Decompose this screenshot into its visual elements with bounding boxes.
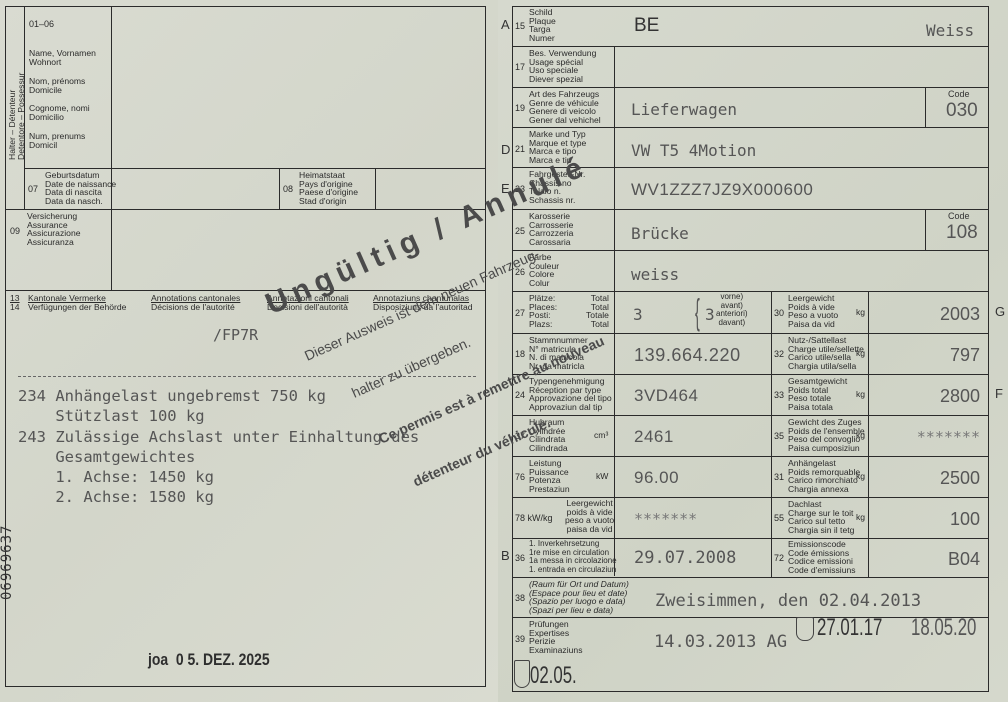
- empty-weight-label: Leergewicht Poids à vide Peso a vuoto Pa…: [788, 294, 838, 329]
- body-code-label: Code: [948, 211, 970, 221]
- field-17-number: 17: [515, 62, 525, 72]
- special-use-label: Bes. Verwendung Usage spécial Uso specia…: [529, 49, 596, 84]
- name-label-fr: Nom, prénoms Domicile: [29, 77, 85, 94]
- insurance-label: Versicherung Assurance Assicurazione Ass…: [27, 212, 81, 247]
- annotation-header-fr: Annotations cantonales Décisions de l'au…: [151, 294, 240, 311]
- payload-label: Nutz-/Sattellast Charge utile/sellette C…: [788, 336, 864, 371]
- field-78-number: 78 kW/kg: [515, 513, 553, 523]
- displacement-value: 2461: [634, 427, 674, 447]
- field-55-number: 55: [774, 513, 784, 523]
- field-14-number: 14: [10, 303, 20, 312]
- field-72-number: 72: [774, 553, 784, 563]
- divider: [512, 691, 989, 692]
- field-33-number: 33: [774, 390, 784, 400]
- body-value: Brücke: [631, 224, 689, 243]
- divider: [279, 168, 280, 209]
- serial-number: 06969637: [0, 525, 15, 600]
- payload-value: 797: [950, 345, 980, 366]
- train-weight-unit: kg: [856, 431, 865, 440]
- power-weight-label: Leergewicht poids à vide peso a vuoto pa…: [565, 499, 614, 534]
- first-registration-label: 1. Inverkehrsetzung 1re mise en circulat…: [529, 540, 617, 574]
- field-19-number: 19: [515, 103, 525, 113]
- field-35-number: 35: [774, 431, 784, 441]
- inspection-stamp-3: 02.05.: [530, 662, 577, 690]
- birthdate-label: Geburtsdatum Date de naissance Data di n…: [45, 171, 116, 206]
- divider: [512, 46, 989, 47]
- divider: [925, 87, 926, 127]
- field-36-number: 36: [515, 553, 525, 563]
- make-type-value: VW T5 4Motion: [631, 141, 756, 160]
- field-09-number: 09: [10, 226, 20, 236]
- place-date-value: Zweisimmen, den 02.04.2013: [655, 591, 921, 611]
- divider: [512, 456, 989, 457]
- emission-code-value: B04: [948, 549, 980, 570]
- divider: [512, 577, 989, 578]
- total-weight-value: 2800: [940, 386, 980, 407]
- divider: [988, 6, 989, 692]
- inspection-stamp-1: 27.01.17: [817, 614, 882, 642]
- bern-coat-of-arms-icon: [514, 660, 530, 688]
- power-weight-value: *******: [634, 510, 697, 528]
- train-weight-value: *******: [917, 428, 980, 446]
- power-unit: kW: [596, 472, 608, 481]
- annotation-header-de: Kantonale Vermerke Verfügungen der Behör…: [28, 294, 126, 311]
- plate-color-value: Weiss: [926, 21, 974, 40]
- origin-label: Heimatstaat Pays d'origine Paese d'origi…: [299, 171, 358, 206]
- divider: [512, 6, 989, 7]
- field-31-number: 31: [774, 472, 784, 482]
- holder-vertical-label: Halter – Détenteur Detentore – Possessur: [8, 73, 26, 160]
- towing-load-label: Anhängelast Poids remorquable Carico rim…: [788, 459, 860, 494]
- towing-load-unit: kg: [856, 472, 865, 481]
- field-76-number: 76: [515, 472, 525, 482]
- plate-label: Schild Plaque Targa Numer: [529, 8, 556, 43]
- power-label: Leistung Puissance Potenza Prestaziun: [529, 459, 570, 494]
- name-label-rm: Num, prenums Domicil: [29, 132, 85, 149]
- displacement-unit: cm³: [594, 431, 608, 440]
- emission-code-label: Emissionscode Code émissions Codice emis…: [788, 540, 856, 575]
- inspection-stamp-2: 18.05.20: [911, 614, 976, 642]
- holder-name-value: [112, 16, 482, 166]
- plate-canton-value: BE: [634, 15, 659, 37]
- side-letter-b: B: [501, 548, 510, 563]
- cancel-date-stamp: joa 0 5. DEZ. 2025: [148, 650, 270, 670]
- vehicle-kind-value: Lieferwagen: [631, 100, 737, 119]
- inspection-value: 14.03.2013 AG: [654, 632, 787, 652]
- field-38-number: 38: [515, 593, 525, 603]
- first-registration-value: 29.07.2008: [634, 548, 736, 568]
- vehicle-kind-code-label: Code: [948, 89, 970, 99]
- code-fp7r: /FP7R: [213, 326, 258, 344]
- field-07-number: 07: [28, 184, 38, 194]
- divider: [5, 686, 486, 687]
- name-label-de: Name, Vornamen Wohnort: [29, 49, 96, 66]
- divider: [512, 87, 989, 88]
- inspections-label: Prüfungen Expertises Perizie Examinaziun…: [529, 620, 583, 655]
- empty-weight-unit: kg: [856, 308, 865, 317]
- field-01-06-label: 01–06: [29, 20, 54, 29]
- roof-load-unit: kg: [856, 513, 865, 522]
- bern-coat-of-arms-icon: [796, 617, 814, 641]
- divider: [868, 291, 869, 577]
- power-value: 96.00: [634, 468, 679, 488]
- field-08-number: 08: [283, 184, 293, 194]
- divider: [771, 291, 772, 577]
- train-weight-label: Gewicht des Zuges Poids de l'ensemble Pe…: [788, 418, 865, 453]
- field-30-number: 30: [774, 308, 784, 318]
- divider: [5, 6, 6, 188]
- side-letter-a: A: [501, 17, 510, 32]
- name-label-it: Cognome, nomi Domicilio: [29, 104, 90, 121]
- divider: [5, 6, 485, 7]
- empty-weight-value: 2003: [940, 304, 980, 325]
- field-32-number: 32: [774, 349, 784, 359]
- seats-front-label: vorne) avant) anteriori) davant): [716, 293, 748, 328]
- payload-unit: kg: [856, 349, 865, 358]
- vehicle-kind-code: 030: [946, 100, 978, 122]
- roof-load-label: Dachlast Charge sur le toit Carico sul t…: [788, 500, 854, 535]
- divider: [24, 168, 485, 169]
- place-date-label: (Raum für Ort und Datum) (Espace pour li…: [529, 580, 629, 615]
- towing-load-value: 2500: [940, 468, 980, 489]
- chassis-value: WV1ZZZ7JZ9X000600: [631, 180, 813, 200]
- divider: [512, 127, 989, 128]
- roof-load-value: 100: [950, 509, 980, 530]
- bracket: {: [695, 293, 700, 331]
- seats-front-value: 3: [705, 305, 715, 324]
- side-letter-f: F: [995, 386, 1003, 401]
- body-code: 108: [946, 222, 978, 244]
- side-letter-g: G: [995, 304, 1005, 319]
- total-weight-label: Gesamtgewicht Poids total Peso totale Pa…: [788, 377, 847, 412]
- field-39-number: 39: [515, 634, 525, 644]
- divider: [925, 209, 926, 250]
- field-15-number: 15: [515, 21, 525, 31]
- divider: [5, 187, 6, 687]
- total-weight-unit: kg: [856, 390, 865, 399]
